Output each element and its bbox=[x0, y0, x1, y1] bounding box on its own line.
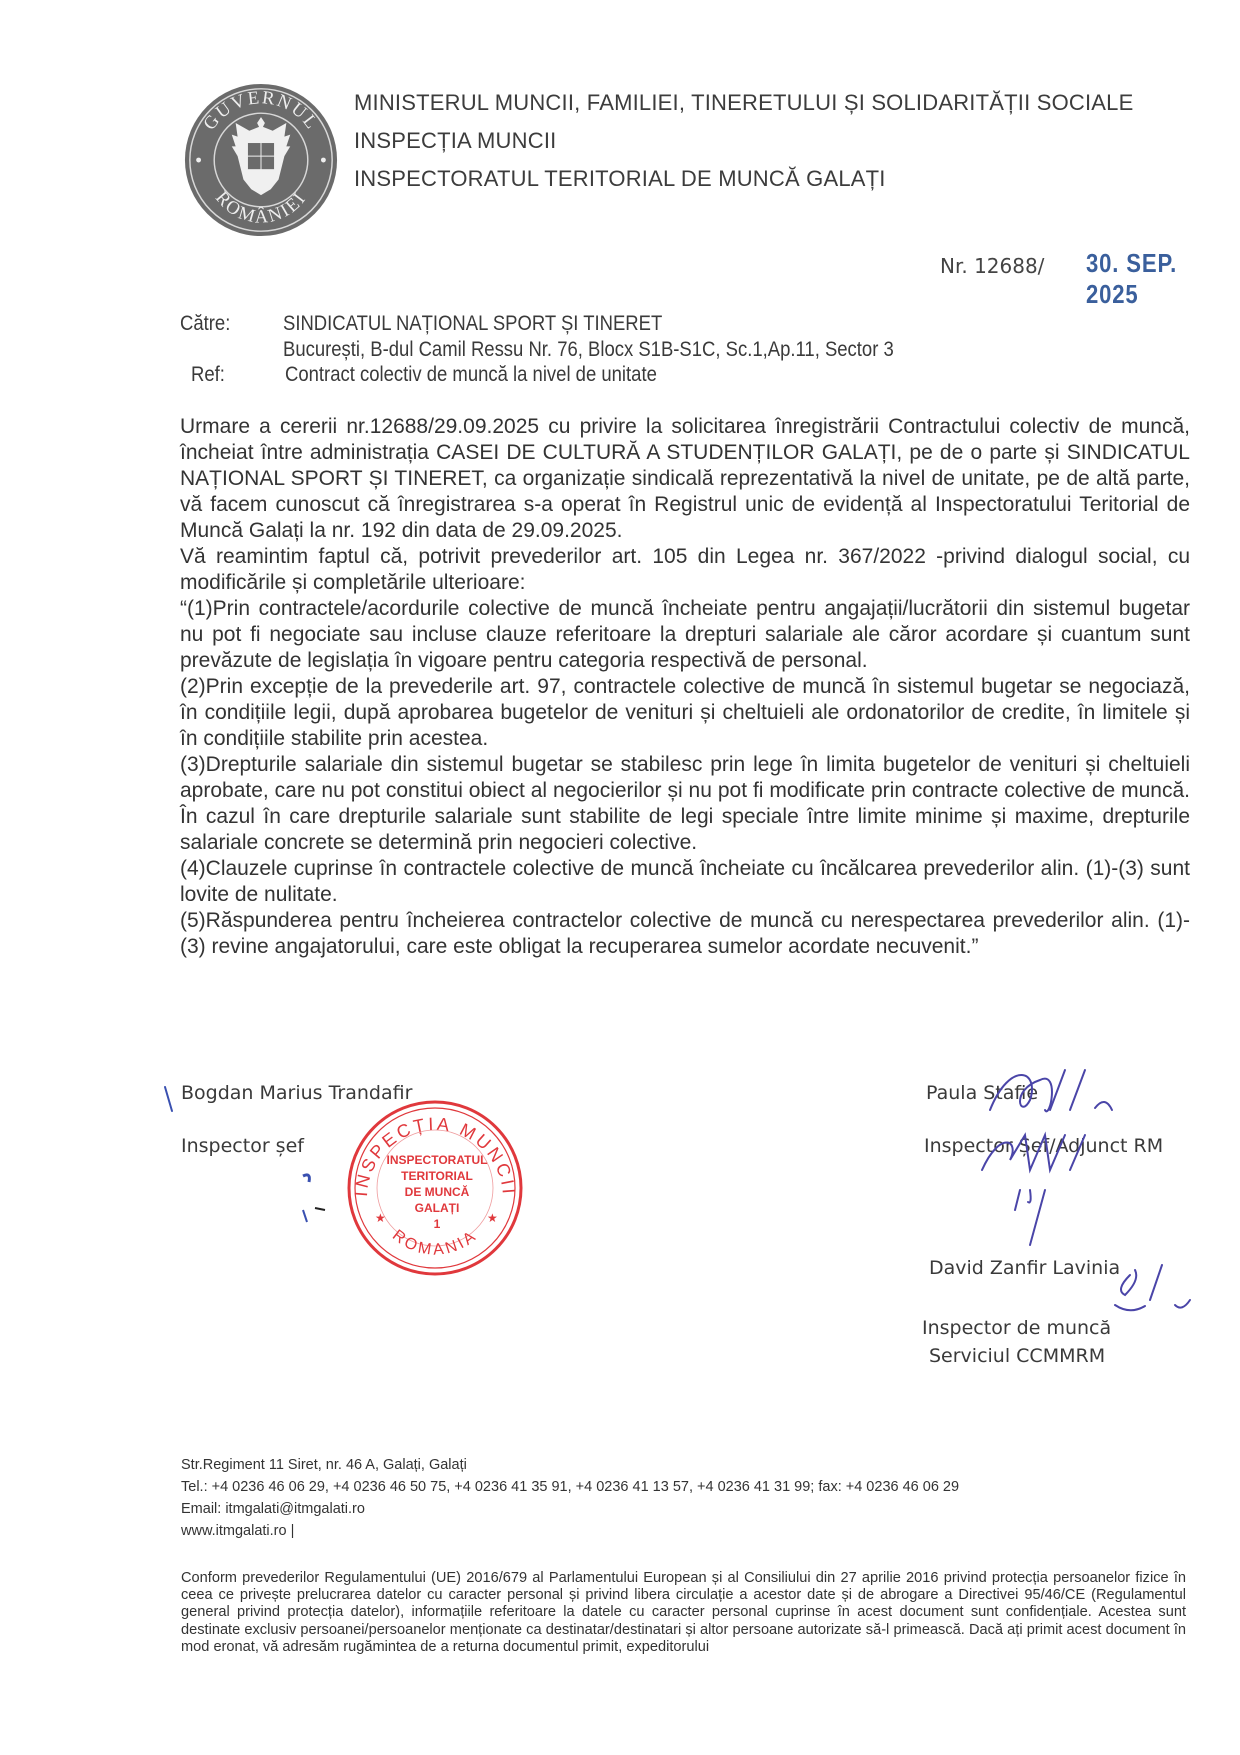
ministry-title: MINISTERUL MUNCII, FAMILIEI, TINERETULUI… bbox=[354, 90, 1133, 116]
law-clause: (2)Prin excepție de la prevederile art. … bbox=[180, 674, 1190, 752]
svg-text:★: ★ bbox=[375, 1211, 386, 1225]
law-clause: “(1)Prin contractele/acordurile colectiv… bbox=[180, 596, 1190, 674]
to-label: Către: bbox=[180, 312, 230, 336]
ref-label: Ref: bbox=[191, 363, 225, 387]
body-paragraph: Urmare a cererii nr.12688/29.09.2025 cu … bbox=[180, 414, 1190, 544]
svg-text:INSPECTORATUL: INSPECTORATUL bbox=[387, 1153, 488, 1167]
law-clause: (5)Răspunderea pentru încheierea contrac… bbox=[180, 908, 1190, 960]
inspectorate-title: INSPECTORATUL TERITORIAL DE MUNCĂ GALAȚI bbox=[354, 166, 886, 192]
privacy-notice: Conform prevederilor Regulamentului (UE)… bbox=[181, 1570, 1186, 1656]
signature-mark-icon bbox=[295, 1170, 335, 1230]
ref-value: Contract colectiv de muncă la nivel de u… bbox=[285, 363, 657, 387]
official-stamp-icon: INSPECȚIA MUNCII ROMANIA INSPECTORATUL T… bbox=[345, 1098, 525, 1278]
registration-number: Nr. 12688/ bbox=[940, 254, 1044, 278]
footer-email[interactable]: Email: itmgalati@itmgalati.ro bbox=[181, 1501, 365, 1517]
svg-text:GALAȚI: GALAȚI bbox=[415, 1201, 460, 1215]
svg-text:DE MUNCĂ: DE MUNCĂ bbox=[405, 1184, 470, 1199]
svg-text:TERITORIAL: TERITORIAL bbox=[401, 1169, 473, 1183]
footer-address: Str.Regiment 11 Siret, nr. 46 A, Galați,… bbox=[181, 1457, 467, 1473]
svg-text:1: 1 bbox=[434, 1217, 441, 1231]
footer-website[interactable]: www.itmgalati.ro | bbox=[181, 1523, 294, 1539]
government-seal-icon: GUVERNUL ROMÂNIEI bbox=[183, 82, 339, 238]
recipient-name: SINDICATUL NAȚIONAL SPORT ȘI TINERET bbox=[283, 312, 662, 336]
recipient-address: București, B-dul Camil Ressu Nr. 76, Blo… bbox=[283, 338, 894, 362]
signatory-left-title: Inspector șef bbox=[181, 1135, 304, 1157]
law-clause: (3)Drepturile salariale din sistemul bug… bbox=[180, 752, 1190, 856]
handwritten-signature-icon bbox=[950, 1050, 1210, 1370]
signature-stroke-icon bbox=[160, 1085, 180, 1115]
svg-text:★: ★ bbox=[487, 1211, 498, 1225]
letter-body: Urmare a cererii nr.12688/29.09.2025 cu … bbox=[180, 414, 1190, 960]
inspection-title: INSPECȚIA MUNCII bbox=[354, 128, 556, 154]
svg-text:ROMANIA: ROMANIA bbox=[389, 1227, 481, 1259]
privacy-notice-text: Conform prevederilor Regulamentului (UE)… bbox=[181, 1570, 1186, 1656]
date-stamp: 30. SEP. 2025 bbox=[1086, 248, 1217, 310]
law-clause: (4)Clauzele cuprinse în contractele cole… bbox=[180, 856, 1190, 908]
body-paragraph: Vă reamintim faptul că, potrivit prevede… bbox=[180, 544, 1190, 596]
footer-phones: Tel.: +4 0236 46 06 29, +4 0236 46 50 75… bbox=[181, 1479, 959, 1495]
